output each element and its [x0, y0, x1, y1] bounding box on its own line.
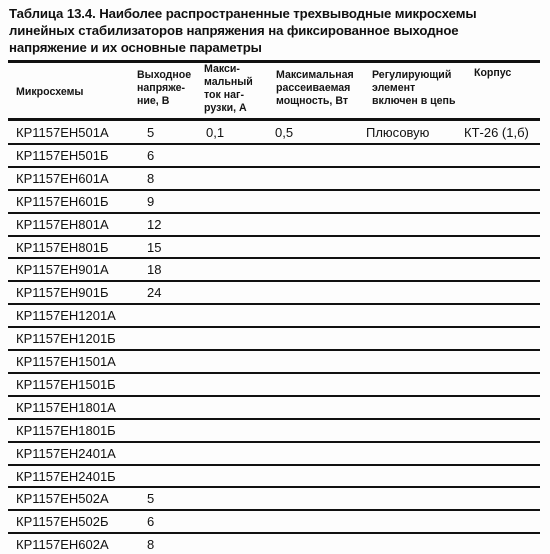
- header-power: Максимальная рассеиваемая мощность, Вт: [276, 69, 354, 108]
- table-row: КР1157ЕН801Б15: [8, 236, 540, 259]
- cell-name: КР1157ЕН1501Б: [16, 377, 116, 392]
- cell-name: КР1157ЕН2401Б: [16, 469, 116, 484]
- header-regulator: Регулирующий элемент включен в цепь: [372, 69, 455, 108]
- header-voltage-line: напряже-: [137, 82, 191, 95]
- cell-name: КР1157ЕН602А: [16, 537, 109, 552]
- table-row: КР1157ЕН901А18: [8, 258, 540, 281]
- table-row: КР1157ЕН602А8: [8, 533, 540, 554]
- cell-voltage: 24: [147, 285, 161, 300]
- header-current: Макси- мальный ток наг- рузки, А: [204, 63, 253, 115]
- cell-voltage: 9: [147, 194, 154, 209]
- header-current-line: рузки, А: [204, 102, 253, 115]
- table-row: КР1157ЕН501А50,10,5ПлюсовуюКТ-26 (1,б): [8, 121, 540, 144]
- table-row: КР1157ЕН901Б24: [8, 281, 540, 304]
- table-row: КР1157ЕН502Б6: [8, 510, 540, 533]
- cell-name: КР1157ЕН601Б: [16, 194, 108, 209]
- cell-name: КР1157ЕН502А: [16, 491, 109, 506]
- cell-name: КР1157ЕН501А: [16, 125, 109, 140]
- table-row: КР1157ЕН1801Б: [8, 419, 540, 442]
- cell-package: КТ-26 (1,б): [464, 125, 529, 140]
- cell-regulator: Плюсовую: [366, 125, 429, 140]
- table-row: КР1157ЕН1201А: [8, 304, 540, 327]
- cell-name: КР1157ЕН1801Б: [16, 423, 116, 438]
- cell-voltage: 12: [147, 217, 161, 232]
- table-row: КР1157ЕН501Б6: [8, 144, 540, 167]
- cell-name: КР1157ЕН801Б: [16, 240, 108, 255]
- cell-voltage: 15: [147, 240, 161, 255]
- header-current-line: ток наг-: [204, 89, 253, 102]
- cell-name: КР1157ЕН501Б: [16, 148, 108, 163]
- header-voltage-line: ние, В: [137, 95, 191, 108]
- cell-voltage: 6: [147, 148, 154, 163]
- cell-power: 0,5: [275, 125, 293, 140]
- cell-voltage: 18: [147, 262, 161, 277]
- header-power-line: Максимальная: [276, 69, 354, 82]
- table-row: КР1157ЕН801А12: [8, 213, 540, 236]
- header-regulator-line: элемент: [372, 82, 455, 95]
- cell-voltage: 5: [147, 125, 154, 140]
- table-row: КР1157ЕН2401Б: [8, 465, 540, 488]
- cell-name: КР1157ЕН1501А: [16, 354, 116, 369]
- cell-name: КР1157ЕН1201Б: [16, 331, 116, 346]
- header-voltage-line: Выходное: [137, 69, 191, 82]
- table-row: КР1157ЕН1201Б: [8, 327, 540, 350]
- table-row: КР1157ЕН1801А: [8, 396, 540, 419]
- table-row: КР1157ЕН1501Б: [8, 373, 540, 396]
- header-name: Микросхемы: [16, 86, 83, 99]
- cell-name: КР1157ЕН901Б: [16, 285, 108, 300]
- table-row: КР1157ЕН601Б9: [8, 190, 540, 213]
- table-top-rule: [8, 60, 540, 63]
- cell-name: КР1157ЕН1801А: [16, 400, 116, 415]
- cell-current: 0,1: [206, 125, 224, 140]
- header-power-line: рассеиваемая: [276, 82, 354, 95]
- cell-voltage: 8: [147, 537, 154, 552]
- cell-name: КР1157ЕН601А: [16, 171, 109, 186]
- table-row: КР1157ЕН601А8: [8, 167, 540, 190]
- cell-name: КР1157ЕН2401А: [16, 446, 116, 461]
- header-power-line: мощность, Вт: [276, 95, 354, 108]
- cell-name: КР1157ЕН502Б: [16, 514, 108, 529]
- header-regulator-line: включен в цепь: [372, 95, 455, 108]
- header-voltage: Выходное напряже- ние, В: [137, 69, 191, 108]
- cell-name: КР1157ЕН1201А: [16, 308, 116, 323]
- table-row: КР1157ЕН502А5: [8, 487, 540, 510]
- cell-voltage: 5: [147, 491, 154, 506]
- table-caption: Таблица 13.4. Наиболее распространенные …: [9, 5, 539, 56]
- header-package: Корпус: [474, 67, 511, 80]
- header-current-line: мальный: [204, 76, 253, 89]
- cell-name: КР1157ЕН901А: [16, 262, 109, 277]
- table-row: КР1157ЕН1501А: [8, 350, 540, 373]
- table-row: КР1157ЕН2401А: [8, 442, 540, 465]
- header-current-line: Макси-: [204, 63, 253, 76]
- cell-voltage: 8: [147, 171, 154, 186]
- header-regulator-line: Регулирующий: [372, 69, 455, 82]
- cell-voltage: 6: [147, 514, 154, 529]
- cell-name: КР1157ЕН801А: [16, 217, 109, 232]
